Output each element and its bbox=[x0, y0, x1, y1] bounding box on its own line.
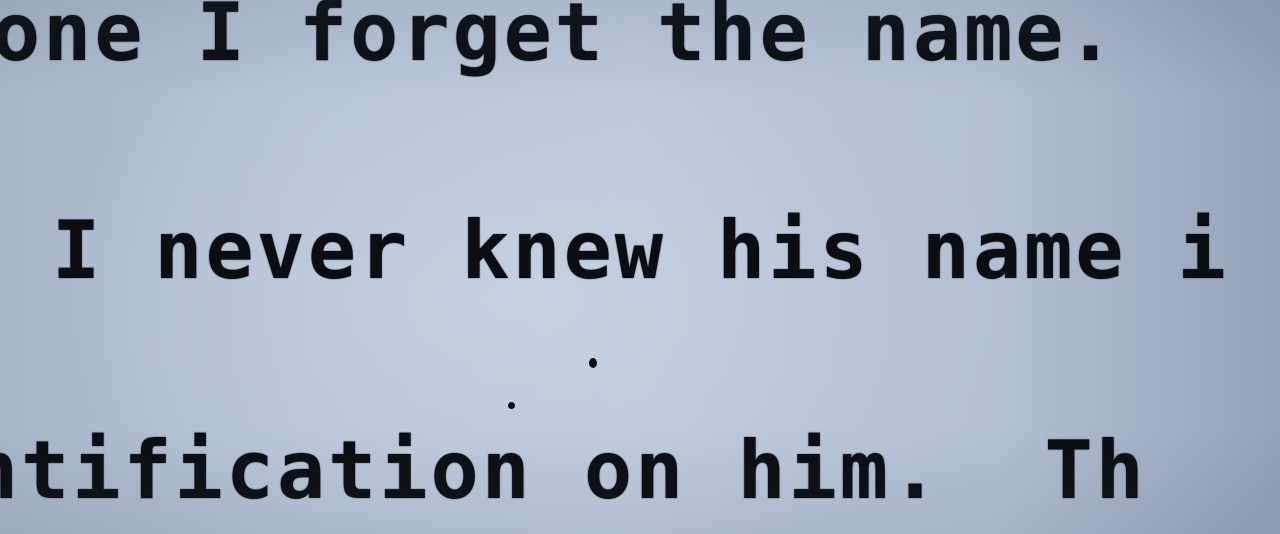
typewritten-paper: one I forget the name. I never knew his … bbox=[0, 0, 1280, 534]
text-line-2: I never knew his name i bbox=[52, 204, 1229, 297]
ink-speck bbox=[508, 402, 515, 409]
text-line-3: ntification on him. Th bbox=[0, 424, 1147, 517]
ink-speck bbox=[589, 358, 597, 368]
text-line-1: one I forget the name. bbox=[0, 0, 1118, 79]
